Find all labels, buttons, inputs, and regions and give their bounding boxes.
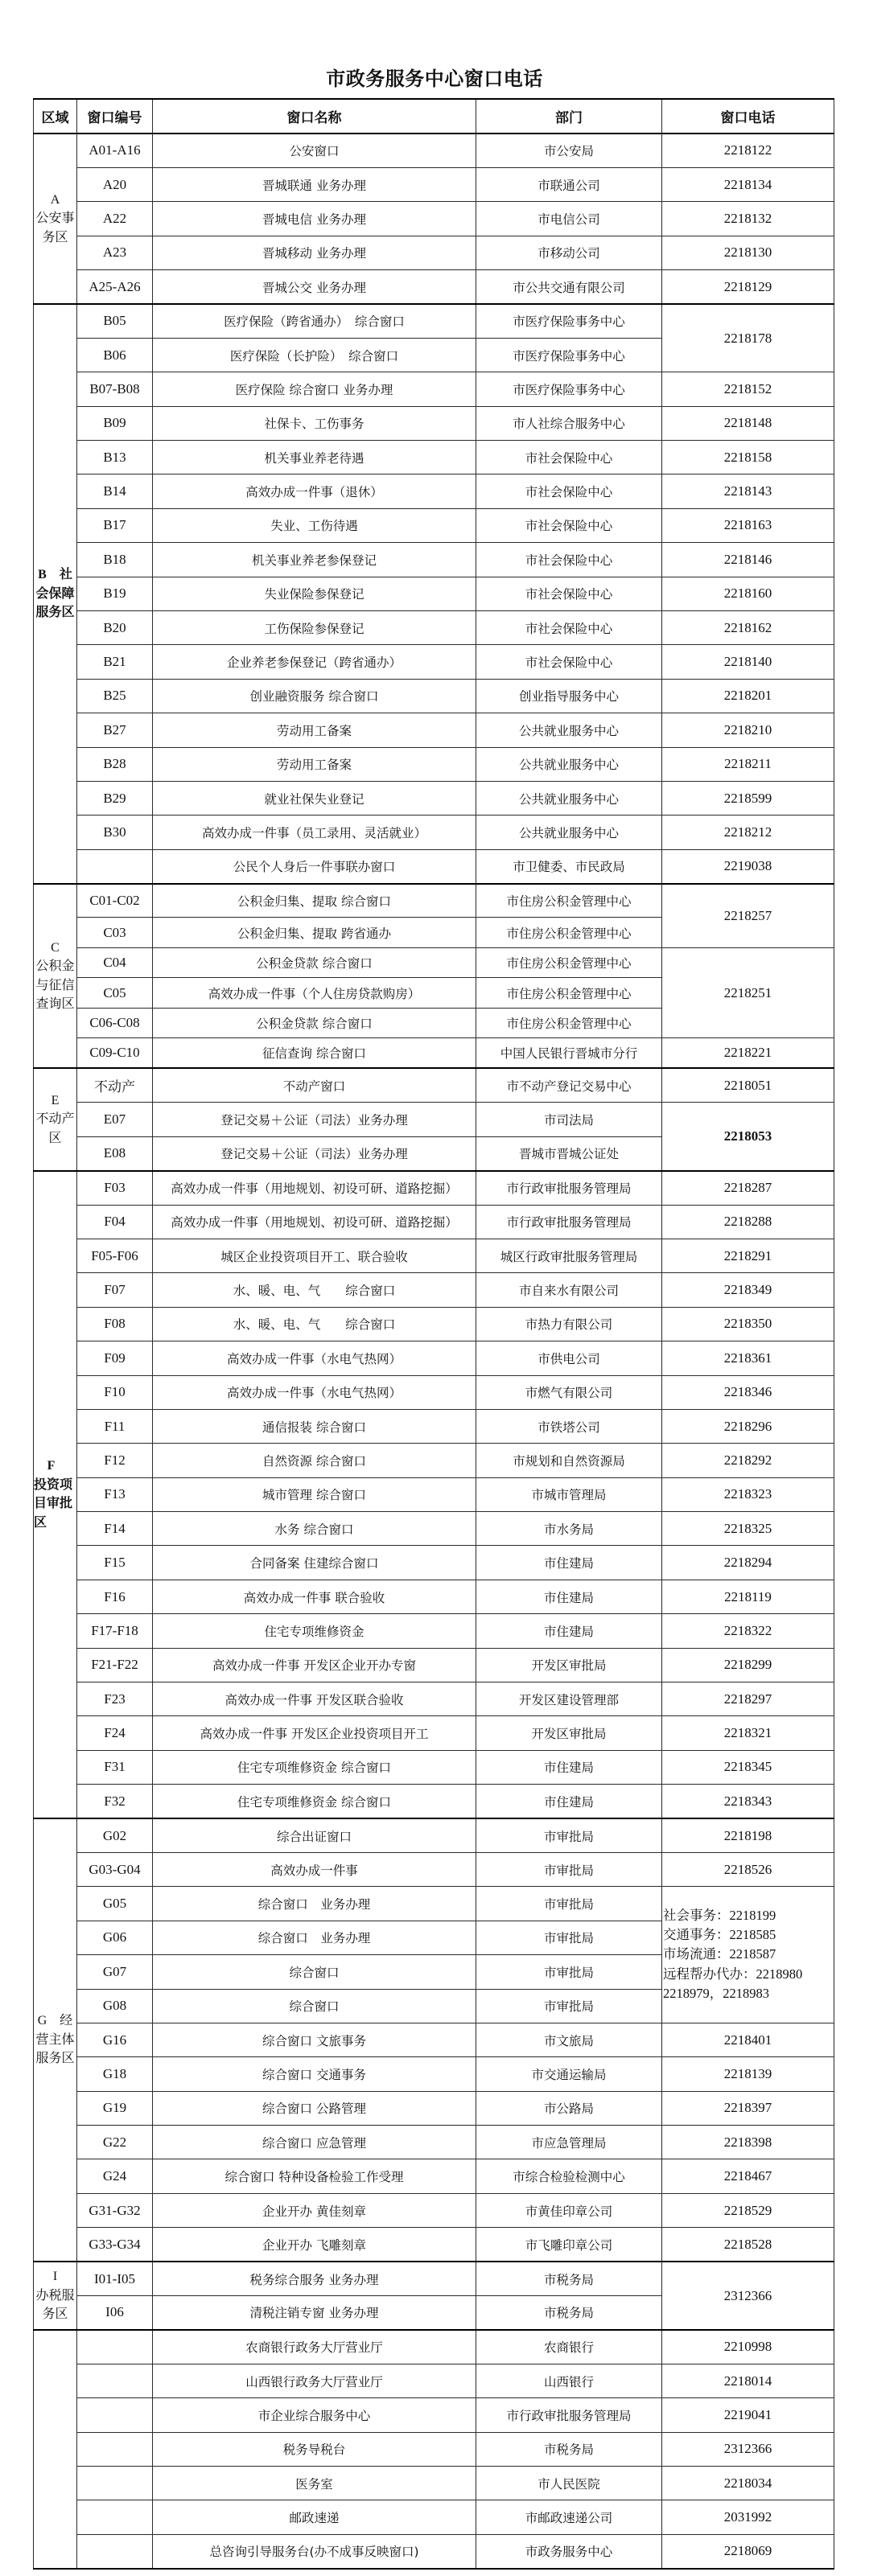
table-row: G05综合窗口 业务办理市审批局社会事务：2218199交通事务：2218585… [34, 1887, 834, 1921]
page-title: 市政务服务中心窗口电话 [0, 68, 869, 90]
window-name-cell: 水务 综合窗口 [153, 1512, 476, 1546]
header-window-no: 窗口编号 [77, 99, 153, 134]
department-cell: 公共就业服务中心 [476, 747, 662, 781]
phone-cell: 2218130 [662, 236, 834, 269]
department-cell: 市公安局 [476, 134, 662, 167]
department-cell: 中国人民银行晋城市分行 [476, 1038, 662, 1069]
department-cell: 市税务局 [476, 2432, 662, 2466]
phone-cell: 社会事务：2218199交通事务：2218585市场流通：2218587远程帮办… [662, 1887, 834, 2023]
window-name-cell: 税务综合服务 业务办理 [153, 2262, 476, 2295]
window-no-cell: C05 [77, 978, 153, 1009]
phone-cell: 2218294 [662, 1546, 834, 1580]
department-cell: 农商银行 [476, 2330, 662, 2364]
table-row: 山西银行政务大厅营业厅山西银行2218014 [34, 2364, 834, 2397]
phone-line: 交通事务：2218585 [663, 1925, 834, 1945]
department-cell: 开发区建设管理部 [476, 1682, 662, 1716]
window-no-cell: A01-A16 [77, 134, 153, 167]
phone-cell: 2218322 [662, 1614, 834, 1648]
phone-cell: 2218053 [662, 1103, 834, 1171]
region-cell: C公积金与征信查询区 [34, 884, 77, 1069]
table-row: 医务室市人民医院2218034 [34, 2467, 834, 2500]
window-name-cell: 高效办成一件事（水电气热网） [153, 1341, 476, 1375]
phone-cell: 2218178 [662, 304, 834, 372]
window-no-cell: G22 [77, 2126, 153, 2159]
window-no-cell: A25-A26 [77, 270, 153, 304]
region-label-line: 办税服 [34, 2286, 76, 2306]
window-name-cell: 农商银行政务大厅营业厅 [153, 2330, 476, 2364]
department-cell: 市税务局 [476, 2262, 662, 2295]
window-no-cell: I01-I05 [77, 2262, 153, 2295]
phone-cell: 2218129 [662, 270, 834, 304]
window-name-cell: 就业社保失业登记 [153, 781, 476, 815]
table-row: B19失业保险参保登记市社会保险中心2218160 [34, 577, 834, 610]
table-row: A25-A26晋城公交 业务办理市公共交通有限公司2218129 [34, 270, 834, 304]
window-name-cell: 高效办成一件事 开发区联合验收 [153, 1682, 476, 1716]
phone-cell: 2218014 [662, 2364, 834, 2397]
department-cell: 市邮政速递公司 [476, 2500, 662, 2534]
table-row: C公积金与征信查询区C01-C02公积金归集、提取 综合窗口市住房公积金管理中心… [34, 884, 834, 918]
window-no-cell: G18 [77, 2057, 153, 2091]
phone-cell: 2219038 [662, 849, 834, 883]
department-cell: 市住房公积金管理中心 [476, 978, 662, 1009]
window-no-cell: F24 [77, 1716, 153, 1750]
window-no-cell: B17 [77, 508, 153, 542]
table-row: F32住宅专项维修资金 综合窗口市住建局2218343 [34, 1785, 834, 1818]
window-no-cell: G02 [77, 1818, 153, 1852]
department-cell: 市社会保险中心 [476, 577, 662, 610]
window-no-cell: B20 [77, 610, 153, 644]
table-row: G18综合窗口 交通事务市交通运输局2218139 [34, 2057, 834, 2091]
department-cell: 市审批局 [476, 1818, 662, 1852]
window-name-cell: 自然资源 综合窗口 [153, 1444, 476, 1477]
window-no-cell [77, 2500, 153, 2534]
department-cell: 市综合检验检测中心 [476, 2159, 662, 2193]
department-cell: 市政务服务中心 [476, 2534, 662, 2568]
table-row: 邮政速递市邮政速递公司2031992 [34, 2500, 834, 2534]
region-label-line: B 社 [34, 565, 76, 585]
table-row: B17失业、工伤待遇市社会保险中心2218163 [34, 508, 834, 542]
window-name-cell: 高效办成一件事 联合验收 [153, 1580, 476, 1613]
window-name-cell: 企业开办 黄佳刻章 [153, 2193, 476, 2227]
window-name-cell: 机关事业养老待遇 [153, 441, 476, 475]
table-row: B30高效办成一件事（员工录用、灵活就业）公共就业服务中心2218212 [34, 816, 834, 849]
department-cell: 市税务局 [476, 2296, 662, 2330]
table-row: B14高效办成一件事（退休）市社会保险中心2218143 [34, 475, 834, 508]
table-row: G03-G04高效办成一件事市审批局2218526 [34, 1852, 834, 1886]
region-label-line: 目审批 [34, 1494, 76, 1514]
department-cell: 公共就业服务中心 [476, 713, 662, 747]
phone-cell: 2218296 [662, 1409, 834, 1443]
department-cell: 市行政审批服务管理局 [476, 1171, 662, 1205]
phone-cell: 2218599 [662, 781, 834, 815]
phone-cell: 2218526 [662, 1852, 834, 1886]
window-name-cell: 征信查询 综合窗口 [153, 1038, 476, 1069]
window-name-cell: 高效办成一件事（个人住房贷款购房） [153, 978, 476, 1009]
table-row: B25创业融资服务 综合窗口创业指导服务中心2218201 [34, 679, 834, 713]
window-name-cell: 通信报装 综合窗口 [153, 1409, 476, 1443]
phone-cell: 2218221 [662, 1038, 834, 1069]
window-no-cell: F31 [77, 1750, 153, 1784]
department-cell: 市燃气有限公司 [476, 1375, 662, 1409]
department-cell: 市社会保险中心 [476, 508, 662, 542]
window-no-cell: F04 [77, 1205, 153, 1239]
window-no-cell: C06-C08 [77, 1008, 153, 1038]
window-no-cell: B06 [77, 338, 153, 372]
phone-cell: 2218325 [662, 1512, 834, 1546]
department-cell: 市人民医院 [476, 2467, 662, 2500]
window-name-cell: 综合窗口 [153, 1989, 476, 2023]
table-row: G22综合窗口 应急管理市应急管理局2218398 [34, 2126, 834, 2159]
window-phone-table: 区域 窗口编号 窗口名称 部门 窗口电话 A公安事务区A01-A16公安窗口市公… [33, 98, 834, 2570]
window-name-cell: 医疗保险（长护险） 综合窗口 [153, 338, 476, 372]
window-no-cell: G33-G34 [77, 2228, 153, 2262]
table-row: F31住宅专项维修资金 综合窗口市住建局2218345 [34, 1750, 834, 1784]
window-name-cell: 清税注销专窗 业务办理 [153, 2296, 476, 2330]
window-name-cell: 综合窗口 交通事务 [153, 2057, 476, 2091]
window-no-cell [77, 2398, 153, 2432]
department-cell: 市住房公积金管理中心 [476, 918, 662, 948]
phone-line: 社会事务：2218199 [663, 1906, 834, 1925]
region-label-line: 公安事 [34, 209, 76, 228]
window-no-cell: C09-C10 [77, 1038, 153, 1069]
department-cell: 市住建局 [476, 1546, 662, 1580]
window-name-cell: 水、暖、电、气 综合窗口 [153, 1273, 476, 1307]
table-row: G19综合窗口 公路管理市公路局2218397 [34, 2091, 834, 2125]
window-no-cell: B29 [77, 781, 153, 815]
window-name-cell: 劳动用工备案 [153, 713, 476, 747]
phone-cell: 2218132 [662, 202, 834, 236]
window-name-cell: 综合窗口 应急管理 [153, 2126, 476, 2159]
phone-cell: 2218051 [662, 1068, 834, 1102]
table-row: F投资项目审批区F03高效办成一件事（用地规划、初设可研、道路挖掘）市行政审批服… [34, 1171, 834, 1205]
window-no-cell: G19 [77, 2091, 153, 2125]
department-cell: 市社会保险中心 [476, 543, 662, 577]
table-row: A公安事务区A01-A16公安窗口市公安局2218122 [34, 134, 834, 167]
department-cell: 市供电公司 [476, 1341, 662, 1375]
phone-cell: 2218212 [662, 816, 834, 849]
window-name-cell: 机关事业养老参保登记 [153, 543, 476, 577]
window-name-cell: 山西银行政务大厅营业厅 [153, 2364, 476, 2397]
window-name-cell: 综合窗口 特种设备检验工作受理 [153, 2159, 476, 2193]
window-name-cell: 综合窗口 业务办理 [153, 1887, 476, 1921]
phone-cell: 2218143 [662, 475, 834, 508]
region-label-line: 会保障 [34, 585, 76, 604]
phone-line: 2218979，2218983 [663, 1984, 834, 2003]
department-cell: 市审批局 [476, 1921, 662, 1954]
phone-cell: 2218401 [662, 2023, 834, 2056]
phone-cell: 2312366 [662, 2432, 834, 2466]
department-cell: 市热力有限公司 [476, 1307, 662, 1341]
department-cell: 开发区审批局 [476, 1648, 662, 1682]
department-cell: 晋城市晋城公证处 [476, 1136, 662, 1170]
region-cell: E不动产区 [34, 1068, 77, 1170]
department-cell: 市社会保险中心 [476, 441, 662, 475]
window-no-cell: F12 [77, 1444, 153, 1477]
table-row: I办税服务区I01-I05税务综合服务 业务办理市税务局2312366 [34, 2262, 834, 2295]
table-row: C09-C10征信查询 综合窗口中国人民银行晋城市分行2218221 [34, 1038, 834, 1069]
department-cell: 市住房公积金管理中心 [476, 947, 662, 978]
window-name-cell: 高效办成一件事 开发区企业投资项目开工 [153, 1716, 476, 1750]
region-label-line: 务区 [34, 2305, 76, 2324]
table-row: F13城市管理 综合窗口市城市管理局2218323 [34, 1477, 834, 1511]
window-name-cell: 高效办成一件事 开发区企业开办专窗 [153, 1648, 476, 1682]
window-no-cell: B07-B08 [77, 372, 153, 406]
window-no-cell: F11 [77, 1409, 153, 1443]
phone-cell: 2218146 [662, 543, 834, 577]
window-no-cell: B13 [77, 441, 153, 475]
table-row: F12自然资源 综合窗口市规划和自然资源局2218292 [34, 1444, 834, 1477]
phone-cell: 2218528 [662, 2228, 834, 2262]
phone-cell: 2218251 [662, 947, 834, 1038]
window-no-cell: F23 [77, 1682, 153, 1716]
department-cell: 市公共交通有限公司 [476, 270, 662, 304]
department-cell: 市住建局 [476, 1580, 662, 1613]
department-cell: 市交通运输局 [476, 2057, 662, 2091]
table-row: B 社会保障服务区B05医疗保险（跨省通办） 综合窗口市医疗保险事务中心2218… [34, 304, 834, 338]
phone-cell: 2218297 [662, 1682, 834, 1716]
phone-cell: 2218069 [662, 2534, 834, 2568]
window-name-cell: 企业开办 飞雕刻章 [153, 2228, 476, 2262]
window-name-cell: 晋城移动 业务办理 [153, 236, 476, 269]
window-no-cell: B09 [77, 406, 153, 440]
phone-cell: 2031992 [662, 2500, 834, 2534]
table-row: A22晋城电信 业务办理市电信公司2218132 [34, 202, 834, 236]
department-cell: 市审批局 [476, 1989, 662, 2023]
window-no-cell: A23 [77, 236, 153, 269]
phone-cell: 2218034 [662, 2467, 834, 2500]
phone-cell: 2218321 [662, 1716, 834, 1750]
region-cell: A公安事务区 [34, 134, 77, 304]
window-name-cell: 登记交易＋公证（司法）业务办理 [153, 1136, 476, 1170]
region-label-line: I [34, 2267, 76, 2286]
window-no-cell: F05-F06 [77, 1239, 153, 1272]
header-window-name: 窗口名称 [153, 99, 476, 134]
header-phone: 窗口电话 [662, 99, 834, 134]
region-label-line: A [34, 191, 76, 210]
window-no-cell: G06 [77, 1921, 153, 1954]
window-name-cell: 失业、工伤待遇 [153, 508, 476, 542]
window-name-cell: 企业养老参保登记（跨省通办） [153, 645, 476, 679]
window-name-cell: 医疗保险（跨省通办） 综合窗口 [153, 304, 476, 338]
window-no-cell: B14 [77, 475, 153, 508]
window-no-cell: B05 [77, 304, 153, 338]
phone-cell: 2218140 [662, 645, 834, 679]
department-cell: 市社会保险中心 [476, 610, 662, 644]
region-label-line: F [34, 1456, 76, 1476]
window-name-cell: 综合窗口 业务办理 [153, 1921, 476, 1954]
department-cell: 市住建局 [476, 1614, 662, 1648]
window-name-cell: 城区企业投资项目开工、联合验收 [153, 1239, 476, 1272]
table-row: F15合同备案 住建综合窗口市住建局2218294 [34, 1546, 834, 1580]
window-name-cell: 住宅专项维修资金 综合窗口 [153, 1750, 476, 1784]
phone-cell: 2218350 [662, 1307, 834, 1341]
phone-cell: 2218158 [662, 441, 834, 475]
table-row: G24综合窗口 特种设备检验工作受理市综合检验检测中心2218467 [34, 2159, 834, 2193]
department-cell: 市卫健委、市民政局 [476, 849, 662, 883]
window-no-cell: C01-C02 [77, 884, 153, 918]
window-no-cell: G08 [77, 1989, 153, 2023]
window-no-cell: A20 [77, 167, 153, 201]
table-row: 总咨询引导服务台(办不成事反映窗口)市政务服务中心2218069 [34, 2534, 834, 2568]
window-name-cell: 晋城电信 业务办理 [153, 202, 476, 236]
phone-cell: 2218160 [662, 577, 834, 610]
table-body: A公安事务区A01-A16公安窗口市公安局2218122A20晋城联通 业务办理… [34, 134, 834, 2569]
table-row: 市企业综合服务中心市行政审批服务管理局2219041 [34, 2398, 834, 2432]
window-name-cell: 合同备案 住建综合窗口 [153, 1546, 476, 1580]
phone-cell: 2218346 [662, 1375, 834, 1409]
table-row: A20晋城联通 业务办理市联通公司2218134 [34, 167, 834, 201]
department-cell: 市社会保险中心 [476, 475, 662, 508]
table-row: F23高效办成一件事 开发区联合验收开发区建设管理部2218297 [34, 1682, 834, 1716]
window-name-cell: 综合窗口 [153, 1955, 476, 1989]
window-name-cell: 创业融资服务 综合窗口 [153, 679, 476, 713]
window-name-cell: 总咨询引导服务台(办不成事反映窗口) [153, 2534, 476, 2568]
table-row: B18机关事业养老参保登记市社会保险中心2218146 [34, 543, 834, 577]
phone-cell: 2218198 [662, 1818, 834, 1852]
department-cell: 市审批局 [476, 1955, 662, 1989]
table-row: G33-G34企业开办 飞雕刻章市飞雕印章公司2218528 [34, 2228, 834, 2262]
window-no-cell: G16 [77, 2023, 153, 2056]
table-row: F16高效办成一件事 联合验收市住建局2218119 [34, 1580, 834, 1613]
phone-cell: 2218349 [662, 1273, 834, 1307]
phone-line: 市场流通：2218587 [663, 1945, 834, 1964]
window-name-cell: 晋城联通 业务办理 [153, 167, 476, 201]
department-cell: 创业指导服务中心 [476, 679, 662, 713]
window-no-cell: G07 [77, 1955, 153, 1989]
window-name-cell: 高效办成一件事（员工录用、灵活就业） [153, 816, 476, 849]
region-cell: F投资项目审批区 [34, 1171, 77, 1818]
phone-cell: 2218162 [662, 610, 834, 644]
window-no-cell: F10 [77, 1375, 153, 1409]
window-no-cell: I06 [77, 2296, 153, 2330]
phone-cell: 2218291 [662, 1239, 834, 1272]
window-no-cell: F32 [77, 1785, 153, 1818]
department-cell: 市住建局 [476, 1750, 662, 1784]
department-cell: 市飞雕印章公司 [476, 2228, 662, 2262]
window-no-cell: 不动产 [77, 1068, 153, 1102]
department-cell: 市审批局 [476, 1852, 662, 1886]
window-name-cell: 社保卡、工伤事务 [153, 406, 476, 440]
phone-cell: 2218139 [662, 2057, 834, 2091]
table-row: G 经营主体服务区G02综合出证窗口市审批局2218198 [34, 1818, 834, 1852]
phone-cell: 2218287 [662, 1171, 834, 1205]
department-cell: 市自来水有限公司 [476, 1273, 662, 1307]
phone-cell: 2218148 [662, 406, 834, 440]
region-label-line: C [34, 939, 76, 958]
phone-cell: 2218343 [662, 1785, 834, 1818]
region-label-line: E [34, 1091, 76, 1111]
department-cell: 市社会保险中心 [476, 645, 662, 679]
department-cell: 公共就业服务中心 [476, 781, 662, 815]
region-label-line: 查询区 [34, 995, 76, 1014]
window-no-cell: G31-G32 [77, 2193, 153, 2227]
department-cell: 市司法局 [476, 1103, 662, 1136]
window-no-cell: B28 [77, 747, 153, 781]
phone-cell: 2218323 [662, 1477, 834, 1511]
document-page: 市政务服务中心窗口电话 区域 窗口编号 窗口名称 部门 窗口电话 A公安事务区A… [0, 0, 869, 2576]
table-row: G31-G32企业开办 黄佳刻章市黄佳印章公司2218529 [34, 2193, 834, 2227]
department-cell: 城区行政审批服务管理局 [476, 1239, 662, 1272]
window-name-cell: 工伤保险参保登记 [153, 610, 476, 644]
region-cell: G 经营主体服务区 [34, 1818, 77, 2262]
table-row: F08水、暖、电、气 综合窗口市热力有限公司2218350 [34, 1307, 834, 1341]
table-row: 公民个人身后一件事联办窗口市卫健委、市民政局2219038 [34, 849, 834, 883]
window-no-cell: B21 [77, 645, 153, 679]
window-no-cell: B25 [77, 679, 153, 713]
phone-cell: 2218361 [662, 1341, 834, 1375]
phone-cell: 2218210 [662, 713, 834, 747]
region-label-line: 投资项 [34, 1476, 76, 1495]
window-name-cell: 综合窗口 文旅事务 [153, 2023, 476, 2056]
phone-cell: 2218134 [662, 167, 834, 201]
region-label-line: 区 [34, 1514, 76, 1533]
region-cell: I办税服务区 [34, 2262, 77, 2330]
window-name-cell: 公积金归集、提取 跨省通办 [153, 918, 476, 948]
department-cell: 市人社综合服务中心 [476, 406, 662, 440]
department-cell: 市医疗保险事务中心 [476, 338, 662, 372]
department-cell: 市医疗保险事务中心 [476, 372, 662, 406]
region-label-line: 服务区 [34, 2049, 76, 2069]
phone-cell: 2219041 [662, 2398, 834, 2432]
window-name-cell: 高效办成一件事（退休） [153, 475, 476, 508]
window-no-cell: B27 [77, 713, 153, 747]
window-no-cell: F17-F18 [77, 1614, 153, 1648]
window-no-cell: E07 [77, 1103, 153, 1136]
phone-cell: 2210998 [662, 2330, 834, 2364]
department-cell: 市水务局 [476, 1512, 662, 1546]
window-no-cell: F07 [77, 1273, 153, 1307]
table-header: 区域 窗口编号 窗口名称 部门 窗口电话 [34, 99, 834, 134]
window-name-cell: 不动产窗口 [153, 1068, 476, 1102]
window-name-cell: 公积金贷款 综合窗口 [153, 947, 476, 978]
window-no-cell [77, 2467, 153, 2500]
table-row: B07-B08医疗保险 综合窗口 业务办理市医疗保险事务中心2218152 [34, 372, 834, 406]
phone-line: 远程帮办代办：2218980 [663, 1965, 834, 1984]
phone-cell: 2218467 [662, 2159, 834, 2193]
window-no-cell: F16 [77, 1580, 153, 1613]
table-row: F09高效办成一件事（水电气热网）市供电公司2218361 [34, 1341, 834, 1375]
department-cell: 市移动公司 [476, 236, 662, 269]
window-no-cell [77, 2534, 153, 2568]
window-no-cell: F09 [77, 1341, 153, 1375]
window-name-cell: 水、暖、电、气 综合窗口 [153, 1307, 476, 1341]
table-row: E07登记交易＋公证（司法）业务办理市司法局2218053 [34, 1103, 834, 1136]
department-cell: 开发区审批局 [476, 1716, 662, 1750]
phone-cell: 2218529 [662, 2193, 834, 2227]
phone-cell: 2218257 [662, 884, 834, 948]
window-name-cell: 公安窗口 [153, 134, 476, 167]
window-no-cell: F21-F22 [77, 1648, 153, 1682]
phone-cell: 2218163 [662, 508, 834, 542]
department-cell: 山西银行 [476, 2364, 662, 2397]
window-no-cell: F08 [77, 1307, 153, 1341]
table-row: F05-F06城区企业投资项目开工、联合验收城区行政审批服务管理局2218291 [34, 1239, 834, 1272]
department-cell: 市行政审批服务管理局 [476, 1205, 662, 1239]
window-name-cell: 城市管理 综合窗口 [153, 1477, 476, 1511]
window-name-cell: 高效办成一件事（用地规划、初设可研、道路挖掘） [153, 1171, 476, 1205]
window-no-cell: F15 [77, 1546, 153, 1580]
window-name-cell: 市企业综合服务中心 [153, 2398, 476, 2432]
table-row: F04高效办成一件事（用地规划、初设可研、道路挖掘）市行政审批服务管理局2218… [34, 1205, 834, 1239]
window-name-cell: 高效办成一件事（水电气热网） [153, 1375, 476, 1409]
window-name-cell: 高效办成一件事 [153, 1852, 476, 1886]
department-cell: 市住房公积金管理中心 [476, 1008, 662, 1038]
phone-cell: 2218122 [662, 134, 834, 167]
header-department: 部门 [476, 99, 662, 134]
region-label-line: 区 [34, 1129, 76, 1148]
department-cell: 市城市管理局 [476, 1477, 662, 1511]
window-no-cell: G24 [77, 2159, 153, 2193]
